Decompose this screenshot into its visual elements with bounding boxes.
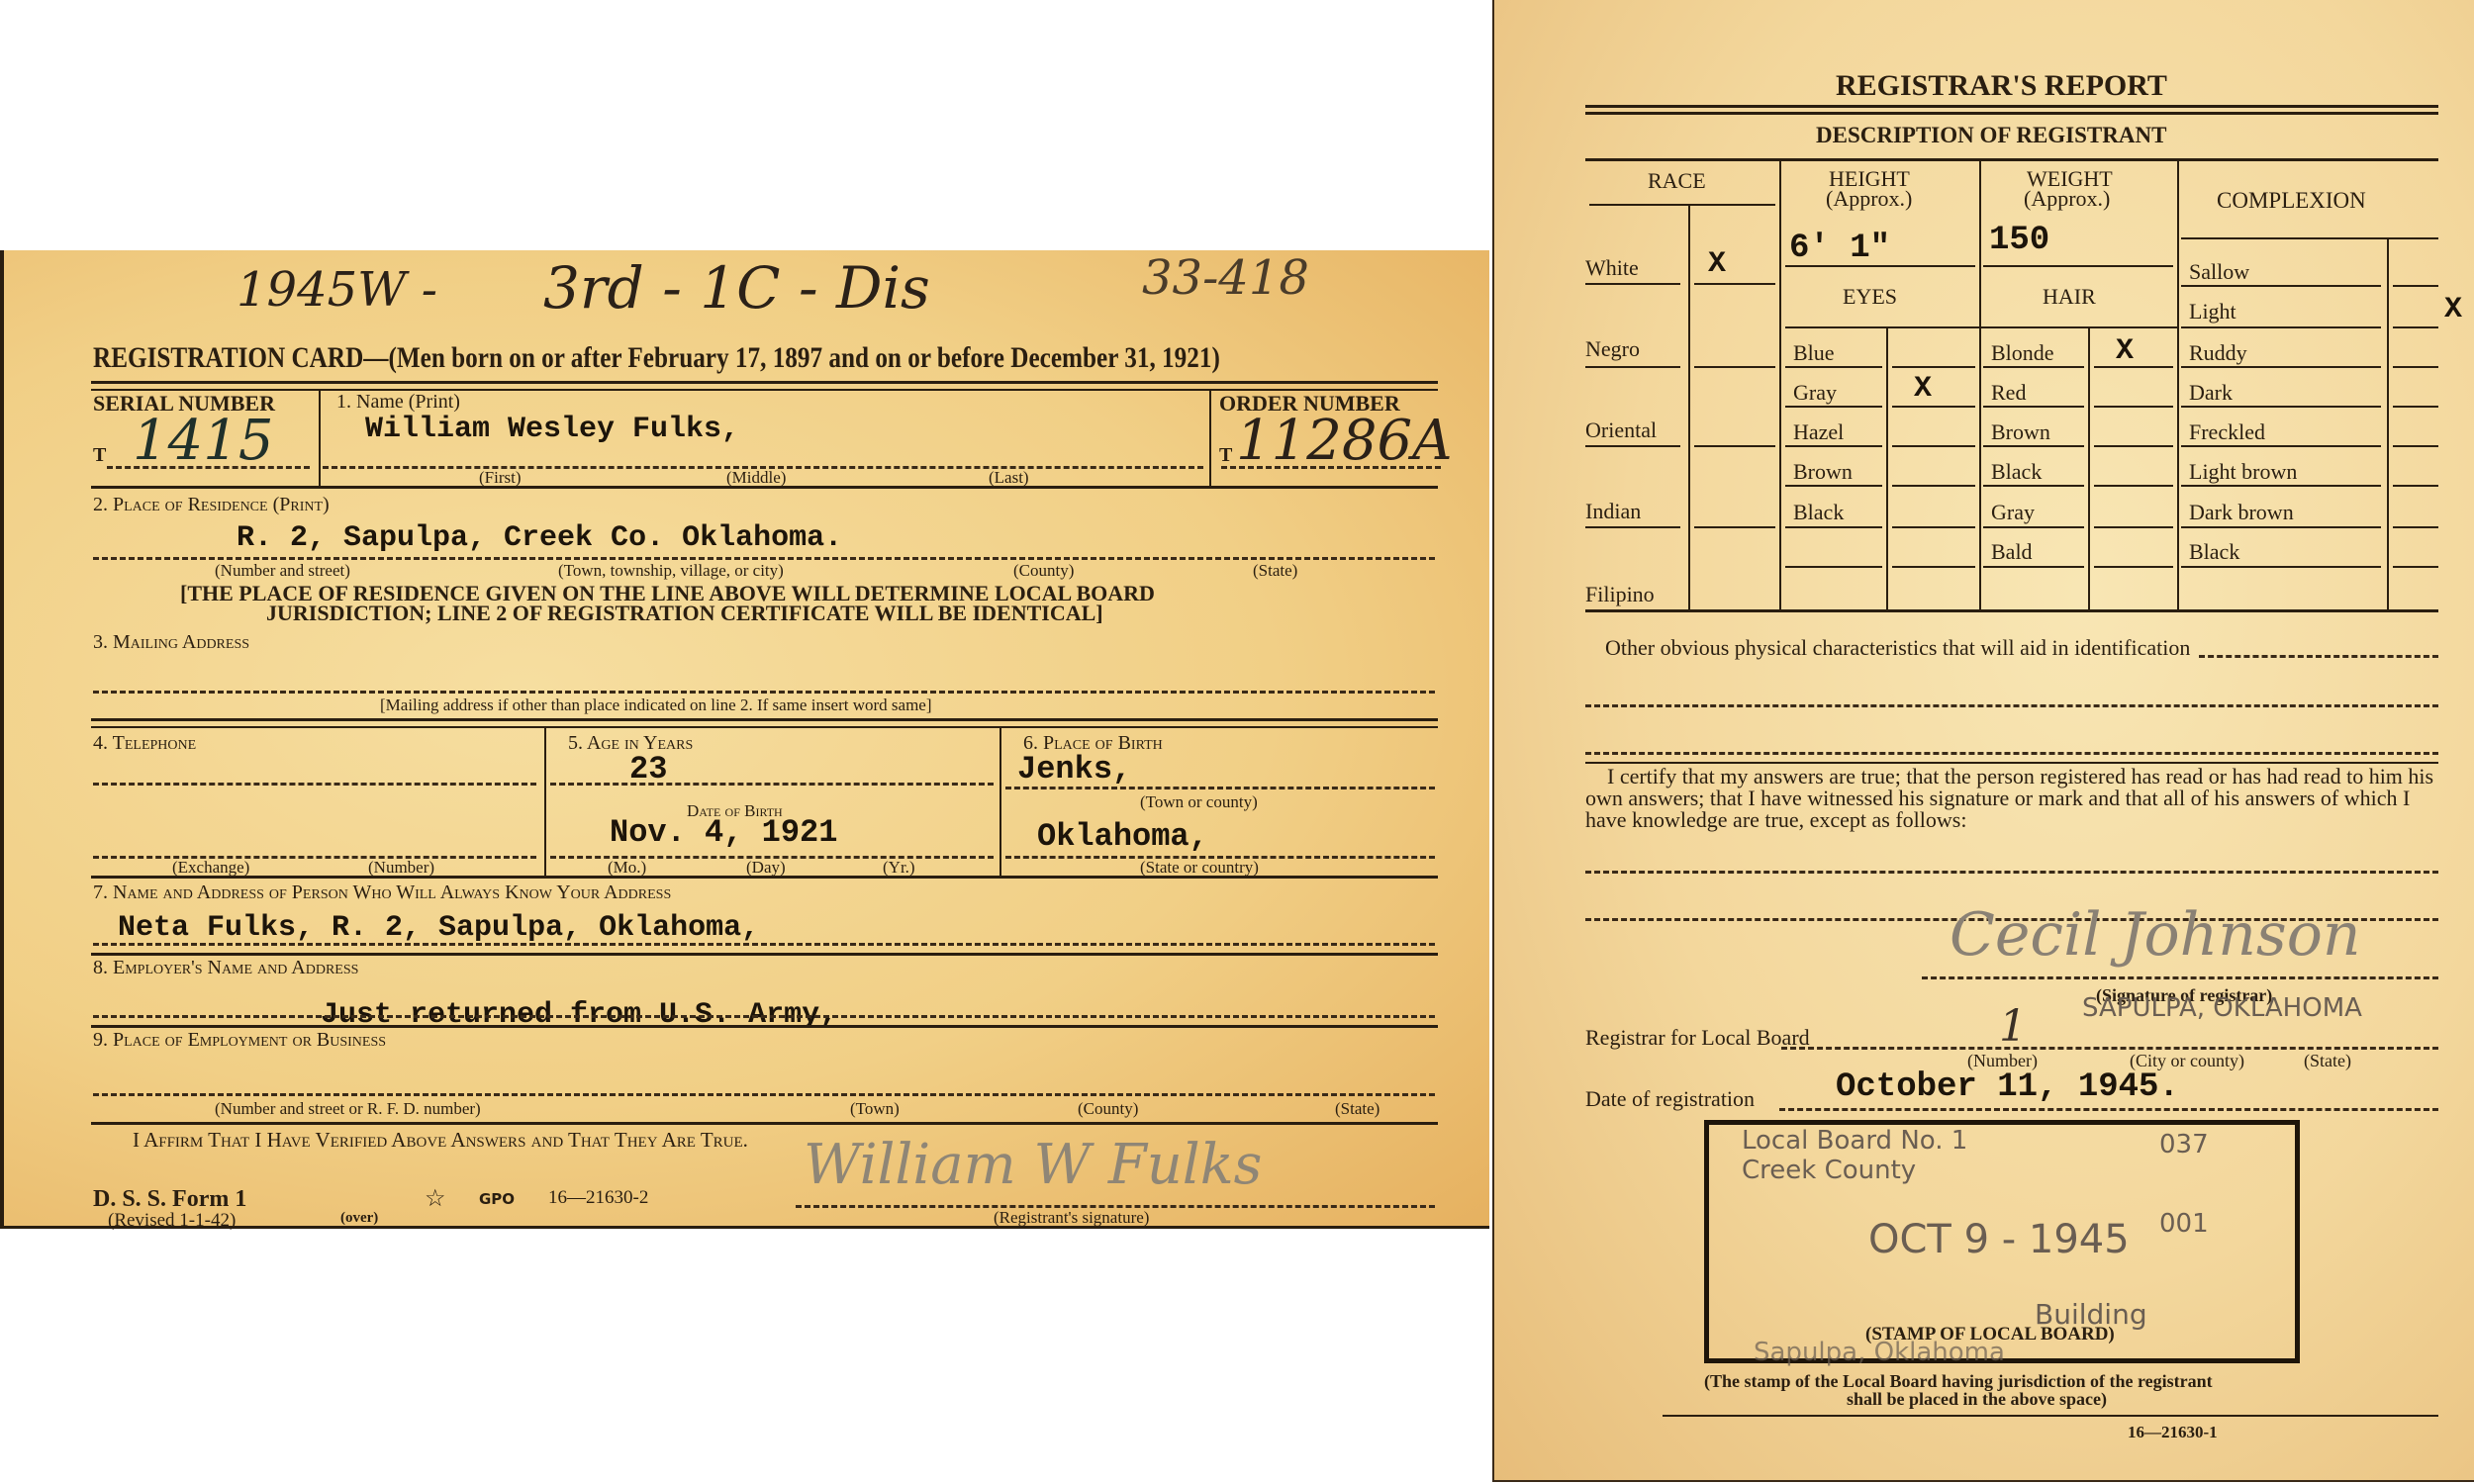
- board-city-stamp: SAPULPA, OKLAHOMA: [2082, 993, 2362, 1023]
- hair-option-gray: Gray: [1991, 500, 2035, 525]
- registration-card-front: 1945W - 3rd - 1C - Dis 33-418 REGISTRATI…: [0, 250, 1489, 1229]
- employer-label: 8. Employer's Name and Address: [93, 957, 358, 979]
- residence-town-sublabel: (Town, township, village, or city): [558, 561, 784, 581]
- dob-day-sublabel: (Day): [746, 858, 786, 878]
- eyes-header: EYES: [1843, 284, 1897, 310]
- name-last-sublabel: (Last): [989, 468, 1029, 488]
- handwritten-annotation-classification: 3rd - 1C - Dis: [543, 254, 930, 322]
- race-option-indian: Indian: [1585, 499, 1641, 524]
- hair-option-brown: Brown: [1991, 419, 2050, 445]
- hair-option-black: Black: [1991, 459, 2042, 485]
- stamp-note-line2: shall be placed in the above space): [1847, 1389, 2107, 1410]
- form-revised: (Revised 1-1-42): [108, 1210, 236, 1232]
- birthplace-town-sublabel: (Town or county): [1140, 792, 1258, 812]
- complexion-option-black: Black: [2189, 539, 2239, 565]
- hair-blonde-mark: X: [2116, 334, 2134, 368]
- serial-prefix: T: [93, 444, 106, 467]
- residence-value: R. 2, Sapulpa, Creek Co. Oklahoma.: [237, 521, 842, 555]
- complexion-option-light-brown: Light brown: [2189, 459, 2297, 485]
- eyes-gray-mark: X: [1914, 372, 1932, 406]
- order-number-value: 11286A: [1236, 409, 1453, 473]
- registrar-signature: Cecil Johnson: [1950, 900, 2361, 970]
- stamp-local-board: Local Board No. 1: [1742, 1126, 1967, 1156]
- stamp-county: Creek County: [1742, 1156, 1916, 1185]
- registrant-signature: William W Fulks: [804, 1133, 1262, 1197]
- race-option-white: White: [1585, 255, 1639, 281]
- name-first-sublabel: (First): [479, 468, 522, 488]
- other-characteristics-label: Other obvious physical characteristics t…: [1605, 635, 2190, 661]
- handwritten-annotation-year: 1945W -: [237, 262, 437, 318]
- eyes-option-black: Black: [1793, 500, 1844, 525]
- over-note: (over): [340, 1210, 378, 1227]
- local-board-number: 1: [1999, 1001, 2027, 1052]
- complexion-option-ruddy: Ruddy: [2189, 340, 2247, 366]
- race-option-filipino: Filipino: [1585, 582, 1655, 607]
- telephone-number-sublabel: (Number): [368, 858, 434, 878]
- weight-approx-sublabel: (Approx.): [2024, 186, 2110, 212]
- residence-label: 2. Place of Residence (Print): [93, 494, 330, 516]
- residence-county-sublabel: (County): [1013, 561, 1074, 581]
- mailing-address-note: [Mailing address if other than place ind…: [380, 696, 932, 715]
- race-header: RACE: [1648, 168, 1706, 194]
- dob-year-sublabel: (Yr.): [883, 858, 915, 878]
- hair-option-bald: Bald: [1991, 539, 2033, 565]
- name-label: 1. Name (Print): [336, 391, 460, 414]
- eyes-option-brown: Brown: [1793, 459, 1853, 485]
- hair-header: HAIR: [2043, 284, 2096, 310]
- star-icon: ☆: [425, 1184, 446, 1213]
- complexion-header: COMPLEXION: [2217, 188, 2366, 214]
- mailing-address-label: 3. Mailing Address: [93, 631, 249, 654]
- complexion-option-dark-brown: Dark brown: [2189, 500, 2294, 525]
- hair-option-red: Red: [1991, 380, 2026, 406]
- race-option-oriental: Oriental: [1585, 417, 1657, 443]
- report-title: REGISTRAR'S REPORT: [1836, 69, 2167, 103]
- gpo-number: 16—21630-2: [548, 1187, 648, 1209]
- telephone-label: 4. Telephone: [93, 732, 196, 755]
- certification-text: I certify that my answers are true; that…: [1585, 766, 2438, 831]
- eyes-option-blue: Blue: [1793, 340, 1835, 366]
- gpo-label: GPO: [479, 1190, 515, 1208]
- eyes-option-gray: Gray: [1793, 380, 1837, 406]
- birthplace-state-value: Oklahoma,: [1037, 818, 1208, 855]
- stamp-city: Sapulpa, Oklahoma: [1754, 1338, 2005, 1367]
- complexion-option-sallow: Sallow: [2189, 259, 2249, 285]
- stamp-code-top: 037: [2159, 1130, 2209, 1159]
- employment-place-label: 9. Place of Employment or Business: [93, 1029, 386, 1052]
- stamp-date: OCT 9 - 1945: [1868, 1217, 2130, 1262]
- contact-person-label: 7. Name and Address of Person Who Will A…: [93, 881, 671, 904]
- date-of-registration-label: Date of registration: [1585, 1086, 1755, 1112]
- employment-state-sublabel: (State): [1335, 1099, 1380, 1119]
- birthplace-state-sublabel: (State or country): [1140, 858, 1259, 878]
- race-option-negro: Negro: [1585, 336, 1640, 362]
- complexion-option-freckled: Freckled: [2189, 419, 2265, 445]
- local-board-state-sublabel: (State): [2304, 1051, 2351, 1071]
- registrars-report-back: REGISTRAR'S REPORT DESCRIPTION OF REGIST…: [1492, 0, 2474, 1482]
- complexion-option-dark: Dark: [2189, 380, 2233, 406]
- form-id: D. S. S. Form 1: [93, 1186, 246, 1213]
- complexion-light-mark: X: [2444, 293, 2462, 326]
- height-value: 6' 1": [1789, 230, 1890, 267]
- employment-street-sublabel: (Number and street or R. F. D. number): [215, 1099, 481, 1119]
- residence-street-sublabel: (Number and street): [215, 561, 350, 581]
- complexion-option-light: Light: [2189, 299, 2236, 325]
- residence-state-sublabel: (State): [1253, 561, 1297, 581]
- employment-town-sublabel: (Town): [850, 1099, 900, 1119]
- employment-county-sublabel: (County): [1078, 1099, 1138, 1119]
- serial-number-value: 1415: [133, 409, 274, 473]
- height-approx-sublabel: (Approx.): [1826, 186, 1912, 212]
- back-form-number: 16—21630-1: [2128, 1423, 2218, 1442]
- eyes-option-hazel: Hazel: [1793, 419, 1844, 445]
- birthplace-town-value: Jenks,: [1017, 751, 1131, 788]
- stamp-code-bottom: 001: [2159, 1209, 2209, 1239]
- description-subtitle: DESCRIPTION OF REGISTRANT: [1816, 123, 2166, 148]
- name-middle-sublabel: (Middle): [726, 468, 786, 488]
- local-board-label: Registrar for Local Board: [1585, 1025, 1810, 1051]
- card-title: REGISTRATION CARD—(Men born on or after …: [93, 341, 1220, 375]
- registrant-signature-label: (Registrant's signature): [994, 1208, 1149, 1228]
- order-prefix: T: [1219, 444, 1232, 467]
- telephone-exchange-sublabel: (Exchange): [172, 858, 249, 878]
- race-white-mark: X: [1708, 247, 1726, 281]
- hair-option-blonde: Blonde: [1991, 340, 2054, 366]
- contact-person-value: Neta Fulks, R. 2, Sapulpa, Oklahoma,: [118, 911, 759, 945]
- date-of-registration-value: October 11, 1945.: [1836, 1068, 2179, 1106]
- affirmation-text: I Affirm That I Have Verified Above Answ…: [133, 1128, 748, 1153]
- date-of-birth-value: Nov. 4, 1921: [610, 814, 837, 851]
- handwritten-annotation-code: 33-418: [1142, 250, 1309, 306]
- name-value: William Wesley Fulks,: [365, 413, 739, 446]
- residence-notice-line2: JURISDICTION; LINE 2 OF REGISTRATION CER…: [266, 601, 1103, 626]
- dob-month-sublabel: (Mo.): [608, 858, 646, 878]
- weight-value: 150: [1989, 222, 2049, 259]
